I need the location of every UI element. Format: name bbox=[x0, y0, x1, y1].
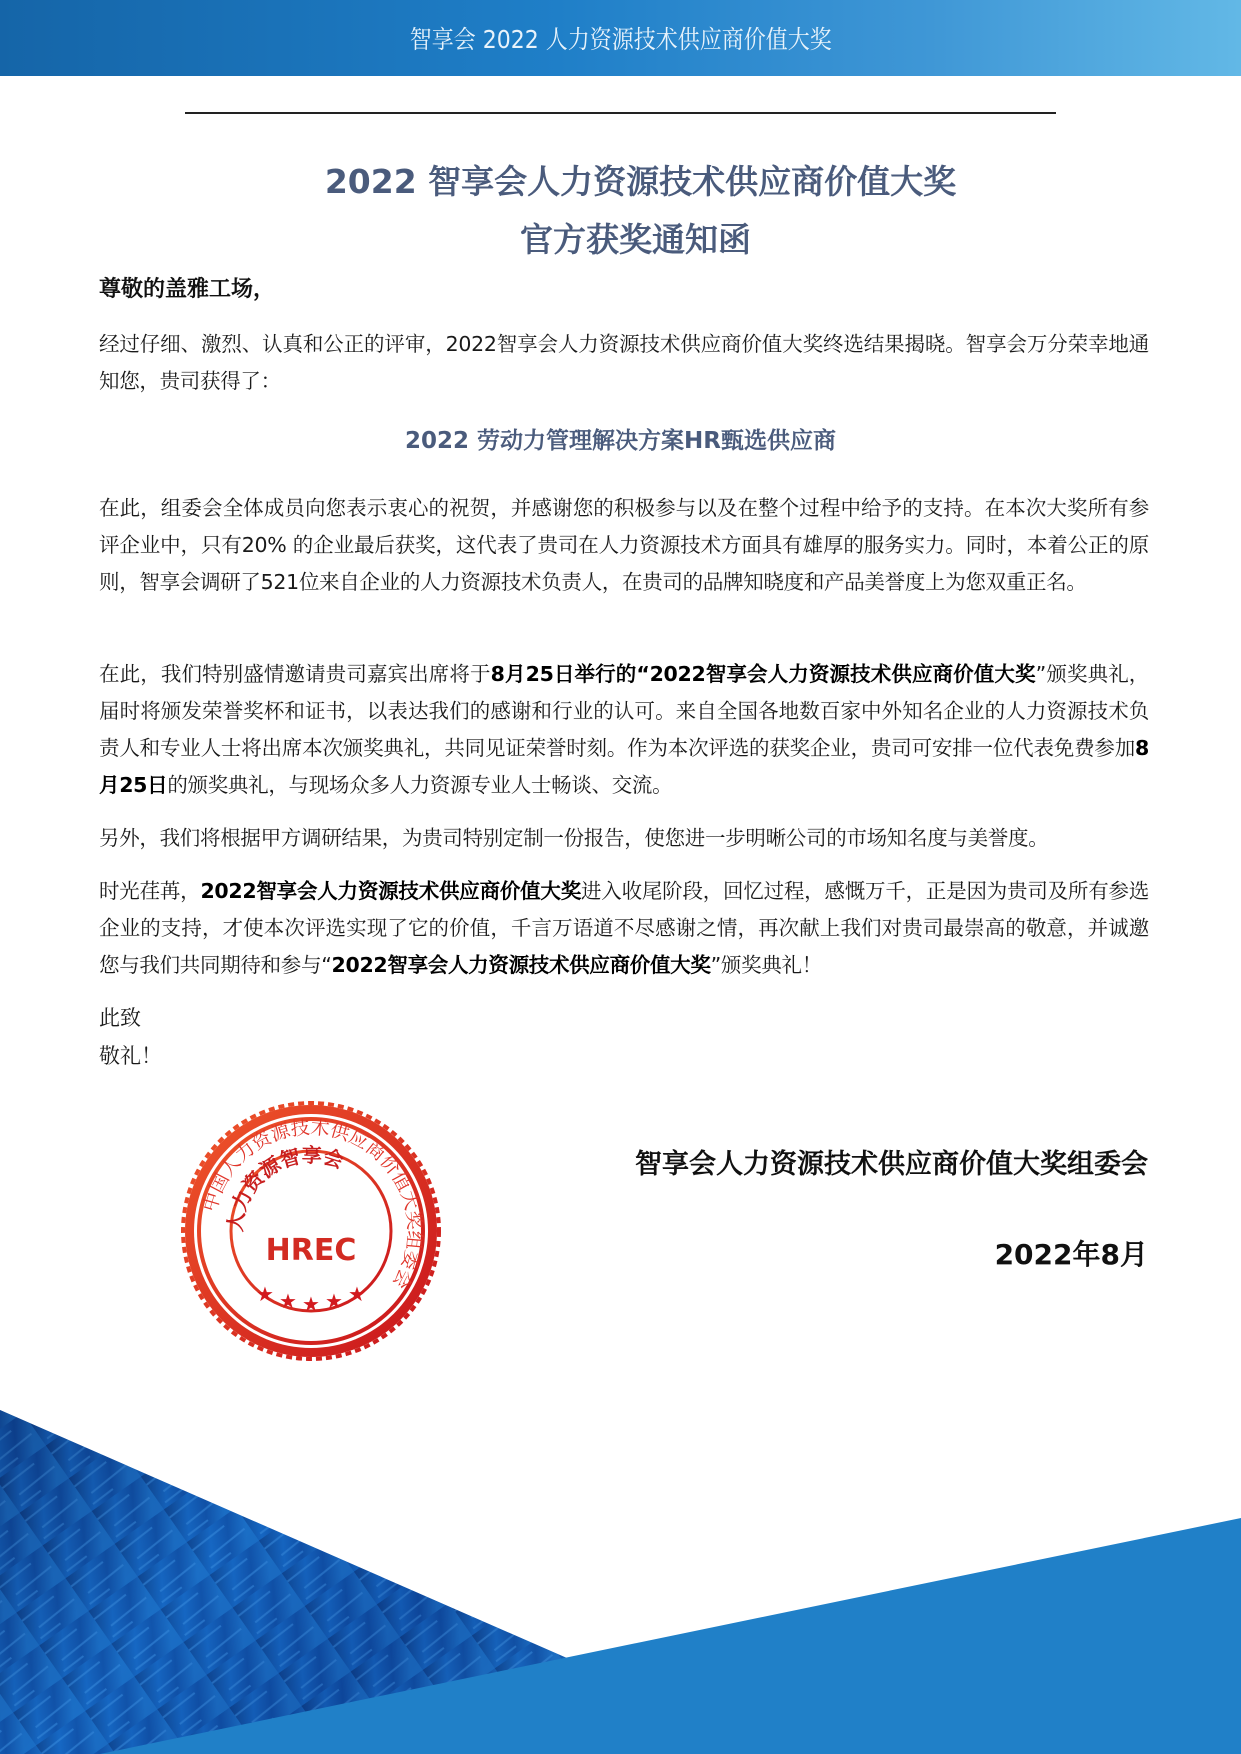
award-title-bold: 2022智享会人力资源技术供应商价值大奖 bbox=[332, 953, 711, 977]
signature-date: 2022年8月 bbox=[995, 1233, 1148, 1273]
svg-text:★: ★ bbox=[279, 1289, 297, 1313]
text: 的颁奖典礼，与现场众多人力资源专业人士畅谈、交流。 bbox=[167, 773, 672, 797]
award-name: 2022 劳动力管理解决方案HR甄选供应商 bbox=[0, 422, 1241, 455]
svg-text:★: ★ bbox=[302, 1292, 320, 1316]
award-title-bold: 2022智享会人力资源技术供应商价值大奖 bbox=[200, 879, 581, 903]
banner-title: 智享会 2022 人力资源技术供应商价值大奖 bbox=[410, 20, 832, 56]
svg-text:★: ★ bbox=[256, 1282, 274, 1306]
paragraph-report: 另外，我们将根据甲方调研结果，为贵司特别定制一份报告，使您进一步明晰公司的市场知… bbox=[99, 820, 1149, 857]
paragraph-intro: 经过仔细、激烈、认真和公正的评审，2022智享会人力资源技术供应商价值大奖终选结… bbox=[99, 326, 1149, 400]
header-banner: 智享会 2022 人力资源技术供应商价值大奖 bbox=[0, 0, 1241, 76]
signature-organization: 智享会人力资源技术供应商价值大奖组委会 bbox=[635, 1142, 1148, 1181]
abstract-wave-graphic bbox=[0, 1380, 1241, 1754]
text: 在此，我们特别盛情邀请贵司嘉宾出席将于 bbox=[99, 662, 491, 686]
paragraph-invitation: 在此，我们特别盛情邀请贵司嘉宾出席将于8月25日举行的“2022智享会人力资源技… bbox=[99, 656, 1149, 804]
svg-text:HREC: HREC bbox=[266, 1233, 357, 1268]
page-subtitle: 官方获奖通知函 bbox=[0, 214, 1241, 261]
footer-decoration bbox=[0, 1380, 1241, 1754]
seal-icon: 中国人力资源技术供应商价值大奖组委会 人力资源智享会 HREC ★ ★ ★ ★ … bbox=[180, 1100, 442, 1362]
svg-text:★: ★ bbox=[348, 1282, 366, 1306]
official-seal: 中国人力资源技术供应商价值大奖组委会 人力资源智享会 HREC ★ ★ ★ ★ … bbox=[180, 1100, 442, 1362]
paragraph-thanks: 时光荏苒，2022智享会人力资源技术供应商价值大奖进入收尾阶段，回忆过程，感慨万… bbox=[99, 873, 1149, 984]
text: ”颁奖典礼！ bbox=[711, 953, 822, 977]
salutation: 尊敬的盖雅工场， bbox=[99, 272, 275, 303]
event-date-bold: 8月25日举行的“2022智享会人力资源技术供应商价值大奖 bbox=[491, 662, 1036, 686]
divider bbox=[185, 112, 1056, 114]
paragraph-congrats: 在此，组委会全体成员向您表示衷心的祝贺，并感谢您的积极参与以及在整个过程中给予的… bbox=[99, 490, 1149, 601]
page-title: 2022 智享会人力资源技术供应商价值大奖 bbox=[0, 156, 1241, 203]
text: 时光荏苒， bbox=[99, 879, 200, 903]
closing-line-2: 敬礼！ bbox=[99, 1040, 162, 1070]
svg-text:★: ★ bbox=[325, 1289, 343, 1313]
closing-line-1: 此致 bbox=[99, 1002, 141, 1032]
